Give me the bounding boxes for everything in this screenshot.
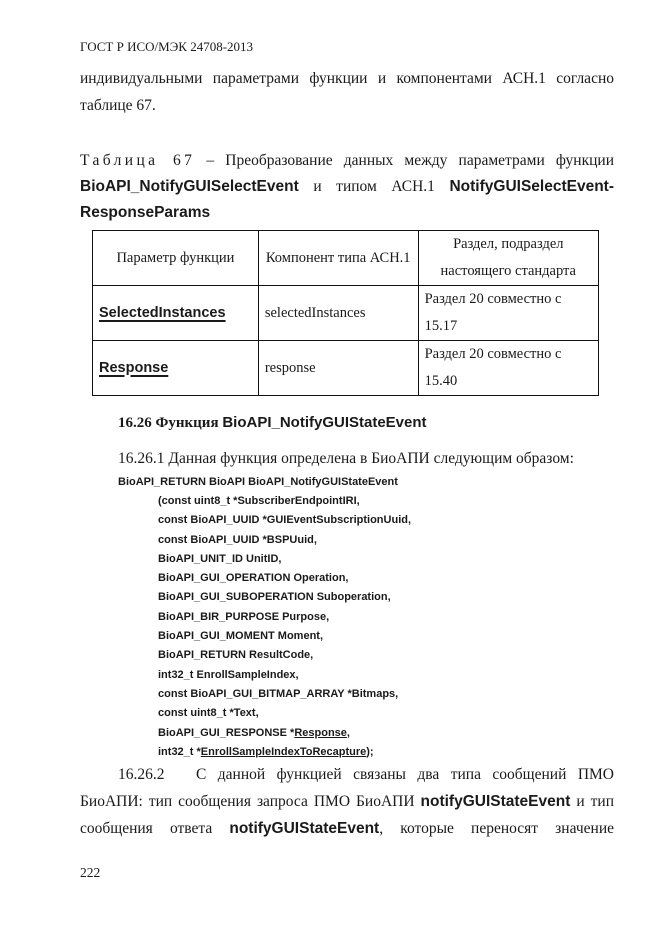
code-param-line: const uint8_t *Text, [158, 704, 411, 723]
code-param-line: BioAPI_BIR_PURPOSE Purpose, [158, 608, 411, 627]
cell-section: Раздел 20 совместно с 15.40 [418, 341, 598, 396]
section-function-name: BioAPI_NotifyGUIStateEvent [222, 414, 426, 431]
paragraph-16-26-1: 16.26.1 Данная функция определена в БиоА… [118, 446, 574, 472]
page-number: 222 [80, 865, 100, 881]
code-param-line: int32_t EnrollSampleIndex, [158, 666, 411, 685]
table-row: SelectedInstances selectedInstances Разд… [93, 286, 599, 341]
header-param: Параметр функции [93, 231, 259, 286]
header-section: Раздел, подраздел настоящего стандарта [418, 231, 598, 286]
cell-component: selectedInstances [258, 286, 418, 341]
header-component: Компонент типа АСН.1 [258, 231, 418, 286]
code-param-line: const BioAPI_GUI_BITMAP_ARRAY *Bitmaps, [158, 685, 411, 704]
code-param-line: BioAPI_GUI_OPERATION Operation, [158, 569, 411, 588]
paragraph-16-26-2-line-3: сообщения ответа notifyGUIStateEvent, ко… [80, 816, 614, 842]
code-signature: BioAPI_RETURN BioAPI BioAPI_NotifyGUISta… [118, 473, 398, 492]
cell-section: Раздел 20 совместно с 15.17 [418, 286, 598, 341]
intro-line-1: индивидуальными параметрами функции и ко… [80, 66, 614, 92]
code-param-line: BioAPI_RETURN ResultCode, [158, 646, 411, 665]
code-param-line: BioAPI_UNIT_ID UnitID, [158, 550, 411, 569]
cell-component: response [258, 341, 418, 396]
table-caption-line-1: Таблица 67 – Преобразование данных между… [80, 148, 614, 174]
message-type-name: notifyGUIStateEvent [421, 793, 571, 810]
caption-type-name-cont: ResponseParams [80, 200, 210, 226]
cell-param: Response [93, 341, 259, 396]
code-param-line: BioAPI_GUI_MOMENT Moment, [158, 627, 411, 646]
document-header: ГОСТ Р ИСО/МЭК 24708-2013 [80, 39, 253, 55]
caption-function-name: BioAPI_NotifyGUISelectEvent [80, 178, 299, 195]
message-type-name: notifyGUIStateEvent [229, 820, 379, 837]
code-param-line: (const uint8_t *SubscriberEndpointIRI, [158, 492, 411, 511]
code-param-line: BioAPI_GUI_SUBOPERATION Suboperation, [158, 588, 411, 607]
table-caption-text: – Преобразование данных между параметрам… [206, 152, 614, 169]
table-caption-line-2: BioAPI_NotifyGUISelectEvent и типом АСН.… [80, 174, 614, 200]
caption-mid-text: и типом АСН.1 [313, 178, 435, 195]
paragraph-16-26-2-line-1: 16.26.2 С данной функцией связаны два ти… [118, 762, 614, 788]
code-param-line: BioAPI_GUI_RESPONSE *Response, [158, 724, 411, 743]
table-caption-label: Таблица 67 [80, 152, 195, 169]
code-params: (const uint8_t *SubscriberEndpointIRI, c… [158, 492, 411, 762]
section-heading: 16.26 Функция BioAPI_NotifyGUIStateEvent [118, 414, 427, 432]
code-param-line: const BioAPI_UUID *BSPUuid, [158, 531, 411, 550]
caption-type-name: NotifyGUISelectEvent- [449, 178, 614, 195]
code-param-line: int32_t *EnrollSampleIndexToRecapture); [158, 743, 411, 762]
mapping-table: Параметр функции Компонент типа АСН.1 Ра… [92, 230, 599, 396]
cell-param: SelectedInstances [93, 286, 259, 341]
table-row: Response response Раздел 20 совместно с … [93, 341, 599, 396]
intro-line-2: таблице 67. [80, 93, 156, 119]
table-header-row: Параметр функции Компонент типа АСН.1 Ра… [93, 231, 599, 286]
code-param-line: const BioAPI_UUID *GUIEventSubscriptionU… [158, 511, 411, 530]
paragraph-16-26-2-line-2: БиоАПИ: тип сообщения запроса ПМО БиоАПИ… [80, 789, 614, 815]
